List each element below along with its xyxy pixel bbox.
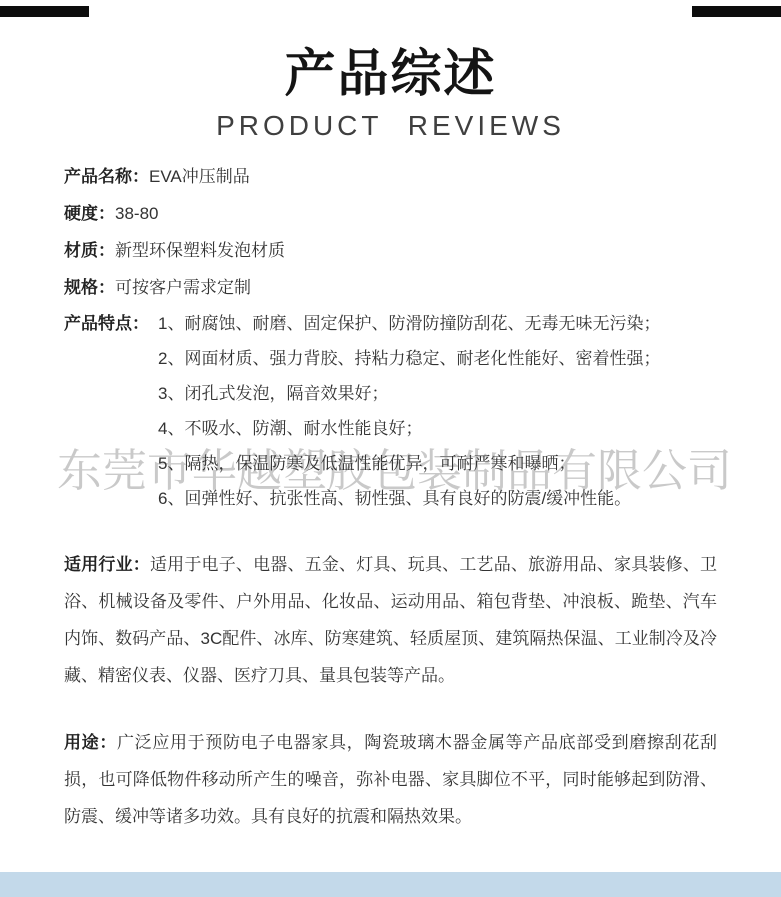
industries-paragraph: 适用行业：适用于电子、电器、五金、灯具、玩具、工艺品、旅游用品、家具装修、卫浴、…: [64, 546, 717, 694]
feature-item: 2、网面材质、强力背胶、持粘力稳定、耐老化性能好、密着性强；: [158, 341, 717, 376]
spec-row: 硬度：38-80: [64, 195, 717, 232]
spec-label: 材质：: [64, 241, 115, 260]
usage-paragraph: 用途：广泛应用于预防电子电器家具，陶瓷玻璃木器金属等产品底部受到磨擦刮花刮损，也…: [64, 724, 717, 835]
feature-item: 5、隔热，保温防寒及低温性能优异，可耐严寒和曝晒；: [158, 446, 717, 481]
feature-item: 3、闭孔式发泡，隔音效果好；: [158, 376, 717, 411]
top-left-divider-bar: [0, 6, 89, 17]
features-list: 1、耐腐蚀、耐磨、固定保护、防滑防撞防刮花、无毒无味无污染； 2、网面材质、强力…: [158, 306, 717, 516]
spec-label: 产品名称：: [64, 167, 149, 186]
spec-list: 产品名称：EVA冲压制品 硬度：38-80 材质：新型环保塑料发泡材质 规格：可…: [64, 158, 717, 306]
industries-label: 适用行业：: [64, 555, 150, 574]
spec-value: 可按客户需求定制: [115, 278, 251, 297]
spec-row: 产品名称：EVA冲压制品: [64, 158, 717, 195]
content-area: 产品综述 PRODUCT REVIEWS 产品名称：EVA冲压制品 硬度：38-…: [0, 48, 781, 835]
spec-label: 硬度：: [64, 204, 115, 223]
spec-row: 材质：新型环保塑料发泡材质: [64, 232, 717, 269]
bottom-section-bar: [0, 872, 781, 897]
feature-item: 6、回弹性好、抗张性高、韧性强、具有良好的防震/缓冲性能。: [158, 481, 717, 516]
spec-value: EVA冲压制品: [149, 167, 250, 186]
spec-value: 新型环保塑料发泡材质: [115, 241, 285, 260]
features-section: 产品特点： 1、耐腐蚀、耐磨、固定保护、防滑防撞防刮花、无毒无味无污染； 2、网…: [64, 306, 717, 516]
product-overview-page: 东莞市华越塑胶包装制品有限公司 产品综述 PRODUCT REVIEWS 产品名…: [0, 0, 781, 897]
feature-item: 4、不吸水、防潮、耐水性能良好；: [158, 411, 717, 446]
usage-label: 用途：: [64, 733, 117, 752]
features-label: 产品特点：: [64, 306, 158, 341]
page-subtitle: PRODUCT REVIEWS: [64, 112, 717, 140]
top-right-divider-bar: [692, 6, 781, 17]
spec-label: 规格：: [64, 278, 115, 297]
spec-value: 38-80: [115, 204, 158, 223]
industries-text: 适用于电子、电器、五金、灯具、玩具、工艺品、旅游用品、家具装修、卫浴、机械设备及…: [64, 555, 717, 685]
feature-item: 1、耐腐蚀、耐磨、固定保护、防滑防撞防刮花、无毒无味无污染；: [158, 306, 717, 341]
usage-text: 广泛应用于预防电子电器家具，陶瓷玻璃木器金属等产品底部受到磨擦刮花刮损，也可降低…: [64, 733, 717, 826]
spec-row: 规格：可按客户需求定制: [64, 269, 717, 306]
page-title: 产品综述: [64, 48, 717, 100]
